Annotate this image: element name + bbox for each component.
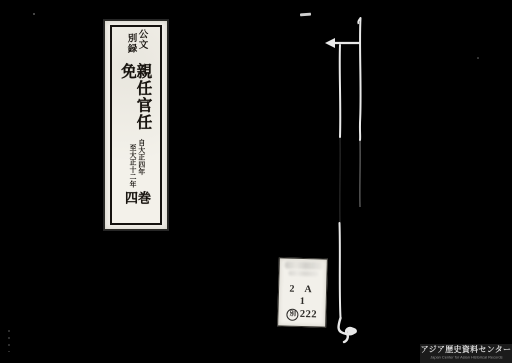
pencil-smudge-2 <box>288 271 318 277</box>
thread-long-strand <box>360 18 361 140</box>
thread-top-knot <box>325 38 335 48</box>
watermark-english: Japan Center for Asian Historical Record… <box>430 356 502 360</box>
call-number-label: 2 A 1 別 222 <box>277 257 328 327</box>
call-number-item: 別 222 <box>287 309 318 322</box>
call-number-digits: 222 <box>300 310 318 321</box>
scan-artifact-speck <box>477 57 479 59</box>
jacar-watermark: アジア歴史資料センター Japan Center for Asian Histo… <box>420 344 512 363</box>
thread-short-strand <box>340 45 341 137</box>
pencil-smudge <box>284 262 322 270</box>
circled-series-char: 別 <box>287 309 299 321</box>
thread-lower-strand <box>340 223 341 318</box>
binding-thread <box>0 0 512 363</box>
thread-bottom-knot-bulb <box>347 328 357 335</box>
call-number-shelf: 2 A <box>289 285 315 296</box>
scan-artifact-speck <box>33 13 35 15</box>
watermark-japanese: アジア歴史資料センター <box>421 346 512 355</box>
call-number-sub: 1 <box>300 297 305 307</box>
scanned-book-cover: 公文 別録 親任官任免 自大正四年 至大正十二年 巻四 2 <box>0 0 512 363</box>
scan-artifact-edge-marks <box>8 330 10 352</box>
